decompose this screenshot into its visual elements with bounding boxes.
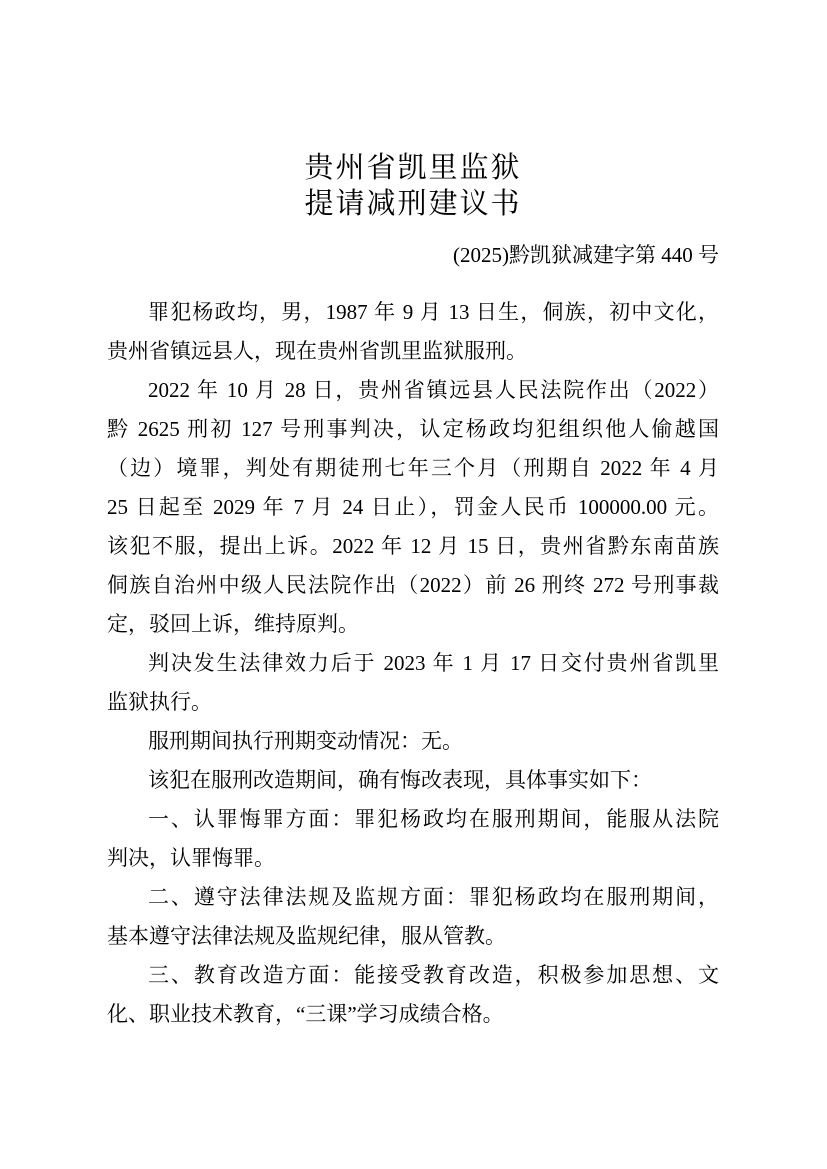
paragraph-repentance-intro: 该犯在服刑改造期间，确有悔改表现，具体事实如下： bbox=[107, 761, 719, 800]
paragraph-item-1: 一、认罪悔罪方面：罪犯杨政均在服刑期间，能服从法院 判决，认罪悔罪。 bbox=[107, 800, 719, 878]
body-line: （边）境罪，判处有期徒刑七年三个月（刑期自 2022 年 4 月 bbox=[107, 449, 719, 488]
body-line: 判决，认罪悔罪。 bbox=[107, 839, 719, 878]
body-line: 25 日起至 2029 年 7 月 24 日止），罚金人民币 100000.00… bbox=[107, 488, 719, 527]
body-line: 三、教育改造方面：能接受教育改造，积极参加思想、文 bbox=[107, 956, 719, 995]
body-line: 监狱执行。 bbox=[107, 683, 719, 722]
body-line: 侗族自治州中级人民法院作出（2022）前 26 刑终 272 号刑事裁 bbox=[107, 566, 719, 605]
body-line: 基本遵守法律法规及监规纪律，服从管教。 bbox=[107, 917, 719, 956]
paragraph-offender-info: 罪犯杨政均，男，1987 年 9 月 13 日生，侗族，初中文化， 贵州省镇远县… bbox=[107, 293, 719, 371]
body-line: 2022 年 10 月 28 日，贵州省镇远县人民法院作出（2022） bbox=[107, 371, 719, 410]
body-line: 黔 2625 刑初 127 号刑事判决，认定杨政均犯组织他人偷越国 bbox=[107, 410, 719, 449]
body-line: 判决发生法律效力后于 2023 年 1 月 17 日交付贵州省凯里 bbox=[107, 644, 719, 683]
document-page: 贵州省凯里监狱 提请减刑建议书 (2025)黔凯狱减建字第 440 号 罪犯杨政… bbox=[0, 0, 827, 1169]
document-content: 贵州省凯里监狱 提请减刑建议书 (2025)黔凯狱减建字第 440 号 罪犯杨政… bbox=[107, 150, 719, 1034]
body-line: 二、遵守法律法规及监规方面：罪犯杨政均在服刑期间， bbox=[107, 878, 719, 917]
body-line: 该犯不服，提出上诉。2022 年 12 月 15 日，贵州省黔东南苗族 bbox=[107, 527, 719, 566]
body-line: 一、认罪悔罪方面：罪犯杨政均在服刑期间，能服从法院 bbox=[107, 800, 719, 839]
paragraph-judgment: 2022 年 10 月 28 日，贵州省镇远县人民法院作出（2022） 黔 26… bbox=[107, 371, 719, 644]
document-issuer: 贵州省凯里监狱 bbox=[107, 150, 719, 186]
paragraph-term-change: 服刑期间执行刑期变动情况：无。 bbox=[107, 722, 719, 761]
body-line: 该犯在服刑改造期间，确有悔改表现，具体事实如下： bbox=[107, 761, 719, 800]
paragraph-item-2: 二、遵守法律法规及监规方面：罪犯杨政均在服刑期间， 基本遵守法律法规及监规纪律，… bbox=[107, 878, 719, 956]
body-line: 服刑期间执行刑期变动情况：无。 bbox=[107, 722, 719, 761]
paragraph-item-3: 三、教育改造方面：能接受教育改造，积极参加思想、文 化、职业技术教育，“三课”学… bbox=[107, 956, 719, 1034]
body-line: 贵州省镇远县人，现在贵州省凯里监狱服刑。 bbox=[107, 332, 719, 371]
document-title: 提请减刑建议书 bbox=[107, 186, 719, 222]
body-line: 化、职业技术教育，“三课”学习成绩合格。 bbox=[107, 995, 719, 1034]
paragraph-delivery: 判决发生法律效力后于 2023 年 1 月 17 日交付贵州省凯里 监狱执行。 bbox=[107, 644, 719, 722]
body-line: 定，驳回上诉，维持原判。 bbox=[107, 605, 719, 644]
document-number: (2025)黔凯狱减建字第 440 号 bbox=[107, 242, 719, 268]
document-body: 罪犯杨政均，男，1987 年 9 月 13 日生，侗族，初中文化， 贵州省镇远县… bbox=[107, 293, 719, 1034]
body-line: 罪犯杨政均，男，1987 年 9 月 13 日生，侗族，初中文化， bbox=[107, 293, 719, 332]
